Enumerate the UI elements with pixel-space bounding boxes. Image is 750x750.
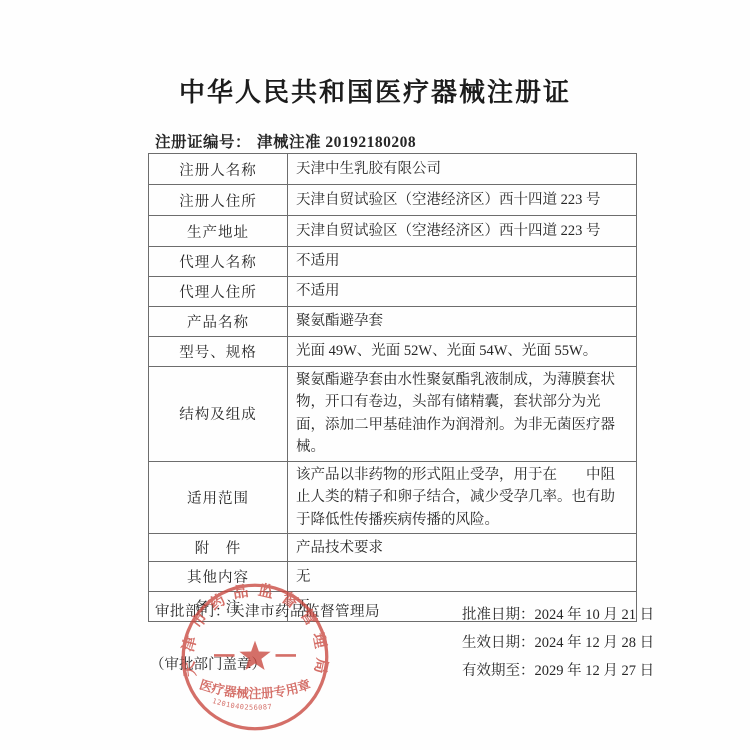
row-value: 天津中生乳胶有限公司 xyxy=(288,154,637,185)
document-title: 中华人民共和国医疗器械注册证 xyxy=(0,72,750,109)
table-row: 注册人名称 天津中生乳胶有限公司 xyxy=(149,154,637,185)
certificate-table: 注册人名称 天津中生乳胶有限公司 注册人住所 天津自贸试验区（空港经济区）西十四… xyxy=(148,153,637,622)
table-row: 适用范围 该产品以非药物的形式阻止受孕，用于在 中阻止人类的精子和卵子结合，减少… xyxy=(149,461,637,533)
effective-date-value: 2024 年 12 月 28 日 xyxy=(535,635,655,651)
row-label: 注册人住所 xyxy=(149,185,288,216)
table-row: 产品名称 聚氨酯避孕套 xyxy=(149,307,637,337)
approval-department-label: 审批部门： xyxy=(155,604,230,620)
table-row: 生产地址 天津自贸试验区（空港经济区）西十四道 223 号 xyxy=(149,216,637,247)
registration-number-line: 注册证编号：津械注准 20192180208 xyxy=(155,130,416,152)
certificate-document: 中华人民共和国医疗器械注册证 注册证编号：津械注准 20192180208 注册… xyxy=(0,0,750,750)
row-label: 其他内容 xyxy=(149,562,288,592)
expiry-date-value: 2029 年 12 月 27 日 xyxy=(535,663,655,679)
expiry-date-label: 有效期至： xyxy=(462,663,535,679)
row-label: 产品名称 xyxy=(149,307,288,337)
row-label: 代理人住所 xyxy=(149,277,288,307)
date-block: 批准日期：2024 年 10 月 21 日 生效日期：2024 年 12 月 2… xyxy=(462,601,654,685)
table-row: 代理人住所 不适用 xyxy=(149,277,637,307)
expiry-date-line: 有效期至：2029 年 12 月 27 日 xyxy=(462,657,654,685)
approval-department-value: 天津市药品监督管理局 xyxy=(230,604,380,620)
row-label: 代理人名称 xyxy=(149,247,288,277)
registration-number-label: 注册证编号： xyxy=(155,134,251,151)
row-value: 光面 49W、光面 52W、光面 54W、光面 55W。 xyxy=(288,337,637,367)
row-label: 生产地址 xyxy=(149,216,288,247)
effective-date-label: 生效日期： xyxy=(462,635,535,651)
table-row: 注册人住所 天津自贸试验区（空港经济区）西十四道 223 号 xyxy=(149,185,637,216)
table-row: 结构及组成 聚氨酯避孕套由水性聚氨酯乳液制成，为薄膜套状物，开口有卷边，头部有储… xyxy=(149,367,637,462)
seal-inner-text: 医疗器械注册专用章 xyxy=(198,677,313,701)
seal-serial-number: 1201040256087 xyxy=(211,697,272,712)
row-label: 适用范围 xyxy=(149,461,288,533)
table-row: 型号、规格 光面 49W、光面 52W、光面 54W、光面 55W。 xyxy=(149,337,637,367)
table-row: 其他内容 无 xyxy=(149,562,637,592)
approval-date-value: 2024 年 10 月 21 日 xyxy=(535,607,655,623)
row-value: 不适用 xyxy=(288,247,637,277)
approval-department-line: 审批部门：天津市药品监督管理局 xyxy=(155,600,380,621)
row-label: 附 件 xyxy=(149,534,288,562)
row-value: 产品技术要求 xyxy=(288,534,637,562)
seal-note: （审批部门盖章） xyxy=(150,653,266,674)
table-row: 代理人名称 不适用 xyxy=(149,247,637,277)
row-label: 结构及组成 xyxy=(149,367,288,462)
row-value: 天津自贸试验区（空港经济区）西十四道 223 号 xyxy=(288,185,637,216)
row-value: 无 xyxy=(288,562,637,592)
row-label: 型号、规格 xyxy=(149,337,288,367)
row-value: 聚氨酯避孕套由水性聚氨酯乳液制成，为薄膜套状物，开口有卷边，头部有储精囊，套状部… xyxy=(288,367,637,462)
table-row: 附 件 产品技术要求 xyxy=(149,534,637,562)
row-value: 该产品以非药物的形式阻止受孕，用于在 中阻止人类的精子和卵子结合，减少受孕几率。… xyxy=(288,461,637,533)
row-value: 不适用 xyxy=(288,277,637,307)
row-label: 注册人名称 xyxy=(149,154,288,185)
approval-date-line: 批准日期：2024 年 10 月 21 日 xyxy=(462,601,654,629)
row-value: 天津自贸试验区（空港经济区）西十四道 223 号 xyxy=(288,216,637,247)
registration-number-value: 津械注准 20192180208 xyxy=(257,134,416,151)
effective-date-line: 生效日期：2024 年 12 月 28 日 xyxy=(462,629,654,657)
approval-date-label: 批准日期： xyxy=(462,607,535,623)
row-value: 聚氨酯避孕套 xyxy=(288,307,637,337)
